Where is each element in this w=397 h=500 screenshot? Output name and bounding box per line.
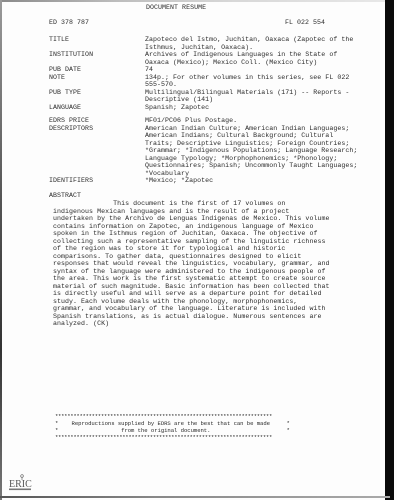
abstract-line: comparisons. To gather data, questionnai… [53, 253, 301, 260]
eric-logo-icon: ERIC [8, 474, 34, 492]
abstract-line: of the region was to store it for typolo… [53, 245, 285, 252]
field-label-descriptors: DESCRIPTORS [49, 125, 93, 132]
field-value-institution-line2: Oaxaca (Mexico); Mexico Coll. (Mexico Ci… [145, 59, 317, 66]
field-value-descriptors-line7: *Vocabulary [145, 170, 189, 177]
abstract-line: the area. This work is the first systema… [53, 275, 325, 282]
abstract-line: contains information on Zapotec, an indi… [53, 223, 313, 230]
repro-border-bottom: ****************************************… [55, 434, 272, 441]
abstract-line: syntax of the language were administered… [53, 268, 325, 275]
scan-right-border [385, 0, 394, 500]
abstract-line: Spanish translations, as is actual dialo… [53, 313, 321, 320]
abstract-line: grammar, and vocabulary of the language.… [53, 305, 325, 312]
field-value-note-line1: 134p.; For other volumes in this series,… [145, 74, 349, 81]
field-label-institution: INSTITUTION [49, 51, 93, 58]
field-value-note-line2: 555-570. [145, 81, 177, 88]
abstract-line: spoken in the Isthmus region of Juchitan… [53, 230, 317, 237]
document-heading: DOCUMENT RESUME [146, 4, 206, 11]
field-label-note: NOTE [49, 74, 65, 81]
svg-text:ERIC: ERIC [9, 479, 32, 490]
field-value-title-line1: Zapoteco del Istmo, Juchitan, Oaxaca (Za… [145, 36, 353, 43]
field-value-title-line2: Isthmus, Juchitan, Oaxaca). [145, 44, 253, 51]
abstract-line: indigenous Mexican languages and is the … [53, 208, 289, 215]
field-value-edrs-price: MF01/PC06 Plus Postage. [145, 117, 237, 124]
abstract-line: collecting such a representative samplin… [53, 238, 325, 245]
scan-left-edge [0, 0, 2, 500]
scan-bottom-edge [0, 496, 390, 498]
field-value-descriptors-line6: Questionnaires; Spanish; Uncommonly Taug… [145, 162, 357, 169]
scan-top-edge [0, 0, 390, 2]
field-value-pub-date: 74 [145, 66, 153, 73]
eric-logo: ERIC [8, 474, 34, 492]
field-label-pub-date: PUB DATE [49, 66, 81, 73]
abstract-line: is directly useful and will serve as a d… [53, 290, 321, 297]
ed-number: ED 378 787 [49, 19, 89, 26]
field-value-descriptors-line4: *Grammar; *Indigenous Populations; Langu… [145, 147, 357, 154]
field-label-title: TITLE [49, 36, 69, 43]
abstract-line: analyzed. (CK) [53, 320, 109, 327]
abstract-line: responses that would reveal the linguist… [53, 260, 329, 267]
field-value-descriptors-line2: American Indians; Cultural Background; C… [145, 132, 333, 139]
abstract-line: material of such magnitude. Basic inform… [53, 283, 329, 290]
field-value-descriptors-line5: Language Typology; *Morphophonemics; *Ph… [145, 155, 337, 162]
field-value-identifiers: *Mexico; *Zapotec [145, 177, 213, 184]
field-value-descriptors-line3: Traits; Descriptive Linguistics; Foreign… [145, 140, 349, 147]
field-label-language: LANGUAGE [49, 104, 81, 111]
field-value-pub-type-line2: Descriptive (141) [145, 96, 213, 103]
field-value-pub-type-line1: Multilingual/Bilingual Materials (171) -… [145, 89, 349, 96]
field-label-edrs-price: EDRS PRICE [49, 117, 89, 124]
field-value-language: Spanish; Zapotec [145, 104, 209, 111]
field-value-institution-line1: Archives of Indigenous Languages in the … [145, 51, 337, 58]
field-label-pub-type: PUB TYPE [49, 89, 81, 96]
field-label-identifiers: IDENTIFIERS [49, 177, 93, 184]
abstract-label: ABSTRACT [49, 192, 81, 199]
fl-number: FL 022 554 [285, 19, 325, 26]
document-page: DOCUMENT RESUME ED 378 787 FL 022 554 TI… [0, 0, 397, 500]
abstract-line: undertaken by the Archivo de Lenguas Ind… [53, 215, 329, 222]
field-value-descriptors-line1: American Indian Culture; American Indian… [145, 125, 349, 132]
abstract-line: This document is the first of 17 volumes… [53, 200, 285, 207]
abstract-line: study. Each volume deals with the phonol… [53, 298, 297, 305]
